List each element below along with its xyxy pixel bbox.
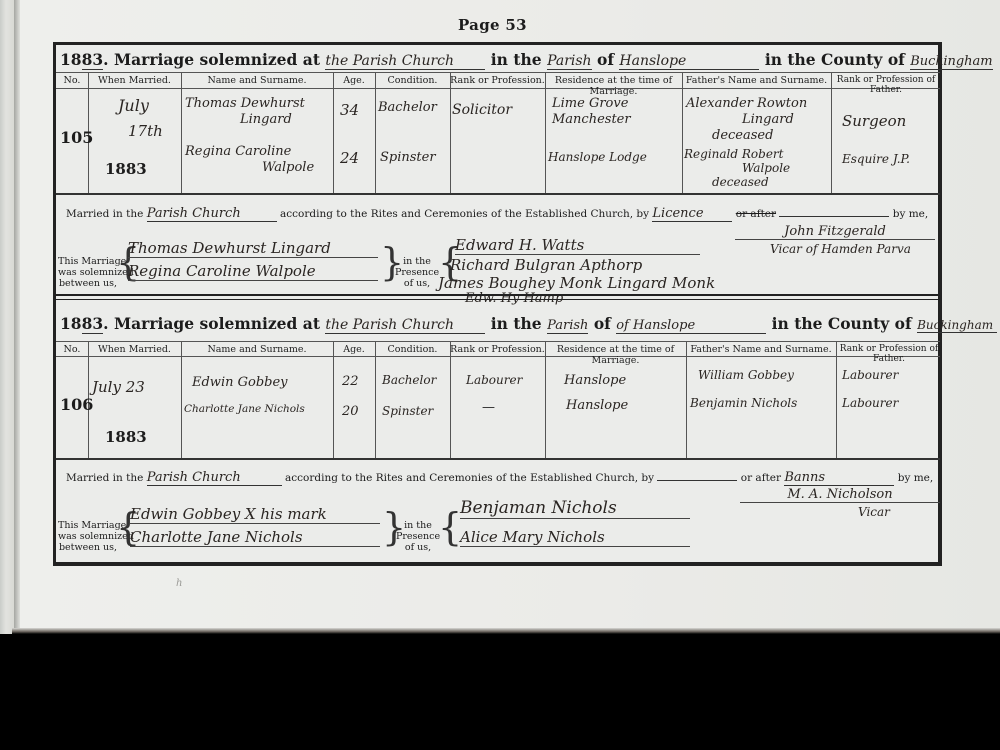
date-month: July: [118, 96, 149, 115]
col-header-residence: Residence at the time of Marriage.: [545, 75, 682, 97]
header-top-rule: [56, 341, 940, 342]
col-header-residence: Residence at the time of Marriage.: [545, 344, 686, 366]
groom-age: 34: [340, 101, 359, 119]
date-month-day: July 23: [92, 378, 145, 396]
col-sep: [333, 72, 334, 193]
col-sep: [686, 341, 687, 458]
col-sep: [450, 341, 451, 458]
groom-signature: Edwin Gobbey X his mark: [130, 505, 380, 524]
witness-2: Alice Mary Nichols: [460, 528, 690, 547]
witness-1: Benjaman Nichols: [460, 498, 690, 519]
officiant-signature: John Fitzgerald: [735, 224, 935, 240]
col-sep: [181, 72, 182, 193]
district-value: Hanslope: [619, 53, 759, 70]
in-presence-label: in the Presence of us,: [396, 520, 440, 553]
or-after-value: [779, 216, 889, 217]
bride-signature: Charlotte Jane Nichols: [130, 528, 380, 547]
col-header-father: Father's Name and Surname.: [686, 344, 836, 355]
bride-father-3: deceased: [712, 175, 769, 189]
in-presence-label: in the Presence of us,: [395, 256, 439, 289]
col-header-rank: Rank or Profession.: [450, 344, 545, 355]
district-type-value: Parish: [547, 53, 592, 70]
bride-father-rank: Esquire J.P.: [842, 152, 910, 166]
groom-surname: Lingard: [240, 112, 292, 127]
entry-number: 106: [60, 395, 93, 414]
col-header-condition: Condition.: [375, 75, 450, 86]
officiant-signature: M. A. Nicholson: [740, 487, 940, 503]
groom-name: Edwin Gobbey: [192, 375, 288, 390]
bride-father: Benjamin Nichols: [690, 396, 797, 410]
groom-father-1: Alexander Rowton: [686, 96, 807, 111]
groom-rank: Labourer: [466, 373, 522, 387]
faint-mark: h: [176, 578, 182, 589]
this-marriage-label: This Marriage was solemnized between us,: [58, 520, 118, 553]
col-header-when: When Married.: [88, 75, 181, 86]
groom-residence-2: Manchester: [552, 112, 631, 127]
married-in-line: Married in the Parish Church according t…: [66, 206, 928, 222]
header-bottom-rule: [56, 356, 940, 357]
witness-1: Edward H. Watts: [455, 236, 700, 255]
district-type-value: Parish: [547, 318, 588, 334]
by-method-value: [657, 480, 737, 481]
bride-residence: Hanslope Lodge: [548, 150, 647, 164]
married-in-value: Parish Church: [147, 470, 282, 486]
place-value: the Parish Church: [325, 53, 485, 70]
county-value: Buckingham: [917, 318, 997, 333]
entry-title: 1883. Marriage solemnized at the Parish …: [60, 50, 993, 70]
col-sep: [450, 72, 451, 193]
row-bottom-rule: [56, 458, 940, 460]
groom-residence-1: Lime Grove: [552, 96, 628, 111]
entry-divider: [56, 294, 940, 296]
bride-condition: Spinster: [382, 404, 433, 418]
groom-father-3: deceased: [712, 128, 773, 143]
groom-name: Thomas Dewhurst: [185, 96, 305, 111]
witness-3: James Boughey Monk Lingard Monk: [438, 274, 838, 292]
district-value: of Hanslope: [616, 318, 766, 334]
col-sep: [333, 341, 334, 458]
col-header-name: Name and Surname.: [181, 75, 333, 86]
bride-surname: Walpole: [262, 160, 314, 175]
col-header-no: No.: [56, 75, 88, 86]
col-header-condition: Condition.: [375, 344, 450, 355]
or-after-struck: or after: [736, 208, 776, 220]
groom-condition: Bachelor: [378, 100, 437, 115]
page-bottom-edge: [12, 628, 1000, 634]
row-bottom-rule: [56, 193, 940, 195]
register-page: Page 53 1883. Marriage solemnized at the…: [0, 0, 1000, 634]
entry-title: 1883. Marriage solemnized at the Parish …: [60, 314, 997, 334]
col-sep: [375, 341, 376, 458]
entry-divider-thin: [56, 299, 940, 300]
bride-name: Charlotte Jane Nichols: [184, 403, 305, 415]
groom-residence: Hanslope: [564, 373, 626, 388]
officiant-title: Vicar of Hamden Parva: [770, 242, 911, 256]
col-sep: [375, 72, 376, 193]
married-in-value: Parish Church: [147, 206, 277, 222]
officiant-title: Vicar: [858, 505, 890, 519]
bride-rank: —: [482, 400, 495, 415]
bride-signature: Regina Caroline Walpole: [128, 262, 378, 281]
county-value: Buckingham: [910, 54, 992, 70]
married-in-line: Married in the Parish Church according t…: [66, 470, 933, 486]
page-fold: [14, 0, 20, 634]
witness-2: Richard Bulgran Apthorp: [450, 256, 750, 274]
this-marriage-label: This Marriage was solemnized between us,: [58, 256, 118, 289]
col-header-rank: Rank or Profession.: [450, 75, 545, 86]
bride-father-rank: Labourer: [842, 396, 898, 410]
col-header-age: Age.: [333, 344, 375, 355]
brace-witness-icon: {: [438, 508, 462, 546]
col-header-age: Age.: [333, 75, 375, 86]
header-bottom-rule: [56, 88, 940, 89]
bride-age: 24: [340, 149, 359, 167]
header-top-rule: [56, 72, 940, 73]
col-sep: [181, 341, 182, 458]
col-header-father: Father's Name and Surname.: [682, 75, 831, 86]
date-day: 17th: [128, 122, 163, 140]
bride-name: Regina Caroline: [185, 144, 291, 159]
col-header-when: When Married.: [88, 344, 181, 355]
bride-father-1: Reginald Robert: [684, 147, 783, 161]
page-number: Page 53: [458, 16, 527, 34]
col-header-father-rank: Rank or Profession of Father.: [831, 75, 941, 95]
groom-rank: Solicitor: [452, 102, 512, 118]
col-header-father-rank: Rank or Profession of Father.: [836, 344, 942, 364]
groom-age: 22: [342, 374, 359, 389]
by-method-value: Licence: [652, 206, 732, 222]
place-value: the Parish Church: [325, 317, 485, 334]
groom-father-rank: Labourer: [842, 368, 898, 382]
col-header-no: No.: [56, 344, 88, 355]
entry-number: 105: [60, 128, 93, 147]
groom-signature: Thomas Dewhurst Lingard: [128, 239, 378, 258]
bride-residence: Hanslope: [566, 398, 628, 413]
groom-father-2: Lingard: [742, 112, 794, 127]
groom-father: William Gobbey: [698, 368, 794, 382]
bride-age: 20: [342, 404, 359, 419]
col-header-name: Name and Surname.: [181, 344, 333, 355]
date-year: 1883: [105, 428, 147, 446]
date-year: 1883: [105, 160, 147, 178]
or-after-value: Banns: [784, 470, 894, 486]
groom-condition: Bachelor: [382, 373, 436, 387]
groom-father-rank: Surgeon: [842, 112, 906, 130]
col-sep: [682, 72, 683, 193]
bride-condition: Spinster: [380, 150, 436, 165]
bride-father-2: Walpole: [742, 161, 790, 175]
